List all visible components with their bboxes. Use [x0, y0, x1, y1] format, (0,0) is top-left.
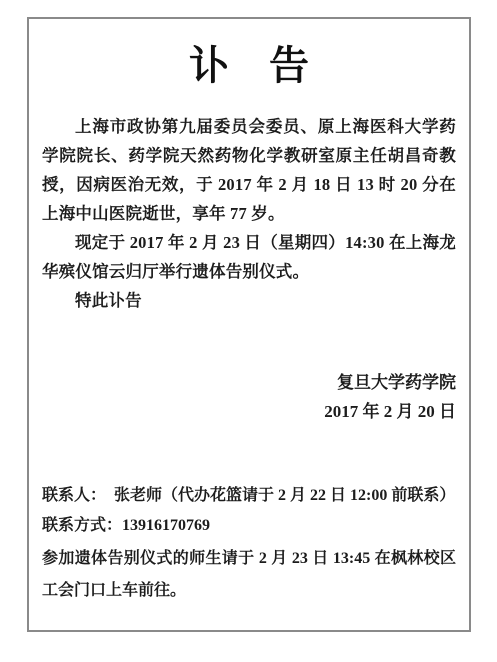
- contact-block: 联系人： 张老师（代办花篮请于 2 月 22 日 12:00 前联系） 联系方式…: [42, 481, 456, 607]
- notice-frame: 讣 告 上海市政协第九届委员会委员、原上海医科大学药学院院长、药学院天然药物化学…: [27, 17, 471, 632]
- paragraph-ceremony-info: 现定于 2017 年 2 月 23 日（星期四）14:30 在上海龙华殡仪馆云归…: [42, 228, 456, 286]
- paragraph-death-announcement: 上海市政协第九届委员会委员、原上海医科大学药学院院长、药学院天然药物化学教研室原…: [42, 112, 456, 228]
- contact-person-line: 联系人： 张老师（代办花篮请于 2 月 22 日 12:00 前联系）: [42, 481, 456, 511]
- signature-organization: 复旦大学药学院: [42, 368, 456, 397]
- notice-body: 上海市政协第九届委员会委员、原上海医科大学药学院院长、药学院天然药物化学教研室原…: [42, 112, 456, 315]
- contact-phone-line: 联系方式：13916170769: [42, 511, 456, 541]
- signature-date: 2017 年 2 月 20 日: [42, 397, 456, 426]
- contact-bus-line: 参加遗体告别仪式的师生请于 2 月 23 日 13:45 在枫林校区工会门口上车…: [42, 543, 456, 607]
- notice-title: 讣 告: [42, 42, 456, 90]
- paragraph-closing: 特此讣告: [42, 286, 456, 315]
- signature-block: 复旦大学药学院 2017 年 2 月 20 日: [42, 368, 456, 426]
